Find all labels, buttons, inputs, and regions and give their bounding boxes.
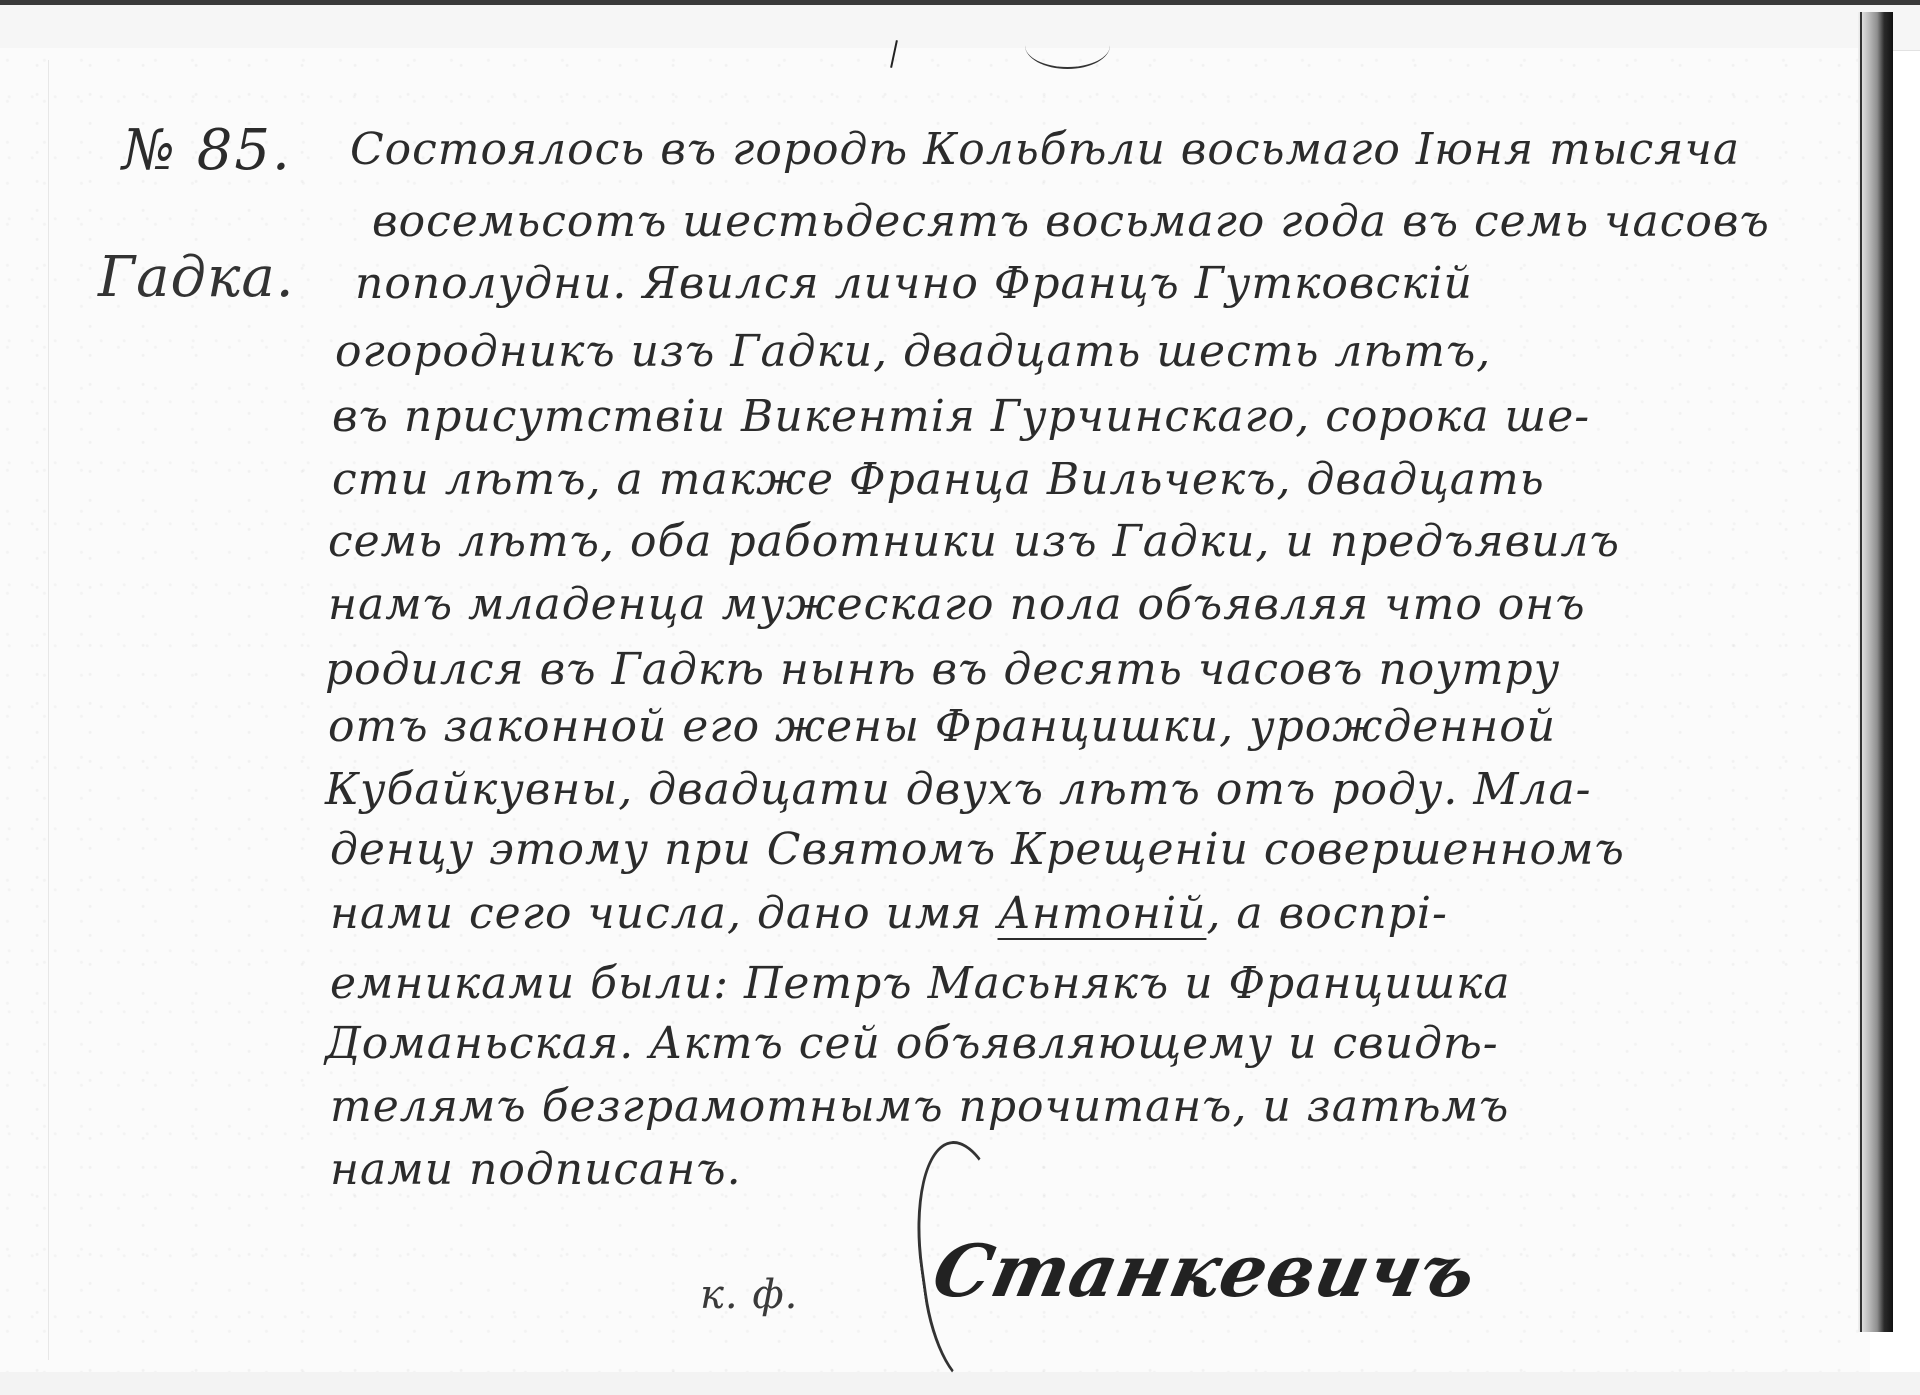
- page-fold-line: [48, 60, 49, 1360]
- record-number: № 85.: [122, 118, 292, 183]
- text-line-4: огородникъ изъ Гадки, двадцать шесть лѣт…: [335, 330, 1491, 374]
- official-signature: Станкевичъ: [926, 1228, 1485, 1313]
- margin-place-name: Гадка.: [98, 245, 295, 310]
- text-line-13-content: нами сего числа, дано имя Антоній, а вос…: [330, 888, 1448, 939]
- text-line-10: отъ законной его жены Францишки, урожден…: [328, 705, 1556, 749]
- text-line-16: телямъ безграмотнымъ прочитанъ, и затѣмъ: [330, 1085, 1509, 1129]
- signature-prefix: к. ф.: [700, 1272, 798, 1318]
- text-line-5: въ присутствіи Викентія Гурчинскаго, сор…: [332, 395, 1590, 439]
- text-line-3: пополудни. Явился лично Францъ Гутковскі…: [355, 262, 1473, 306]
- baptismal-name: Антоній: [998, 888, 1207, 939]
- text-line-8: намъ младенца мужескаго пола объявляя чт…: [328, 583, 1586, 627]
- book-binding-edge: [1858, 12, 1893, 1332]
- text-line-17: нами подписанъ.: [330, 1148, 742, 1192]
- text-line-7: семь лѣтъ, оба работники изъ Гадки, и пр…: [328, 520, 1620, 564]
- text-line-15: Доманьская. Актъ сей объявляющему и свид…: [325, 1022, 1499, 1066]
- text-line-14: емниками были: Петръ Масьнякъ и Францишк…: [330, 962, 1511, 1006]
- binding-ruled-line: [1860, 12, 1862, 1332]
- text-line-1: Состоялось въ городѣ Кольбѣли восьмаго І…: [350, 128, 1740, 172]
- text-line-13: нами сего числа, дано имя Антоній, а вос…: [330, 892, 1448, 936]
- text-line-9: родился въ Гадкѣ нынѣ въ десять часовъ п…: [325, 648, 1560, 692]
- text-line-12: денцу этому при Святомъ Крещеніи соверше…: [330, 828, 1625, 872]
- text-line-11: Кубайкувны, двадцати двухъ лѣтъ отъ роду…: [325, 768, 1592, 812]
- scanner-margin-top: [0, 5, 1920, 51]
- ink-flourish-top: [1025, 22, 1110, 69]
- text-line-6: сти лѣтъ, а также Франца Вильчекъ, двадц…: [332, 458, 1545, 502]
- text-line-2: восемьсотъ шестьдесятъ восьмаго года въ …: [372, 200, 1770, 244]
